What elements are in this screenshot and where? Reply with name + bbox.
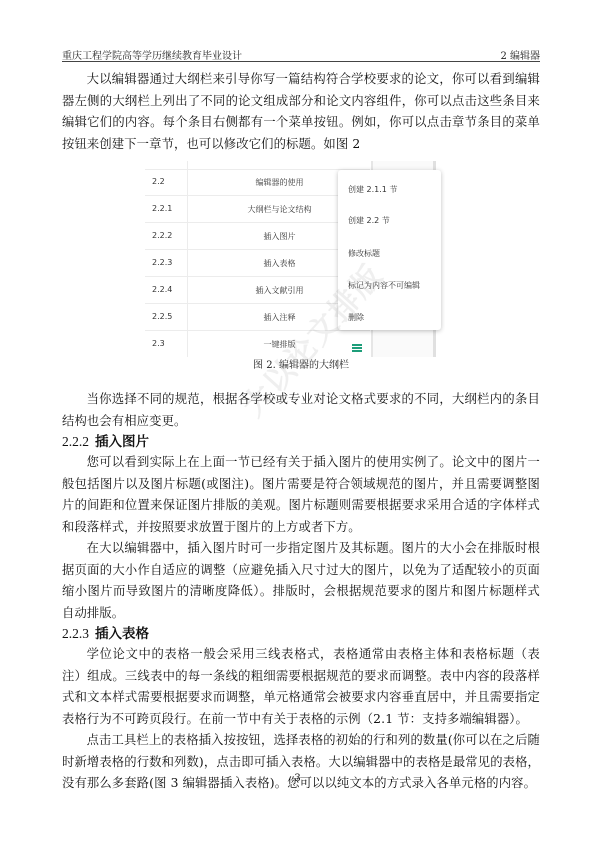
outline-row[interactable]: 2.2.3 插入表格 <box>145 250 370 277</box>
page-header: 重庆工程学院高等学历继续教育毕业设计 2 编辑器 <box>62 45 540 62</box>
outline-row[interactable]: 2.2.5 插入注释 <box>145 304 370 331</box>
page-body: 大以编辑器通过大纲栏来引导你写一篇结构符合学校要求的论文，你可以看到编辑器左侧的… <box>62 69 540 795</box>
outline-row[interactable]: 2.2.4 插入文献引用 <box>145 277 370 304</box>
section-heading-insert-table: 2.2.3插入表格 <box>62 624 540 644</box>
outline-row[interactable]: 2.2.2 插入图片 <box>145 223 370 250</box>
outline-row-number: 2.2.2 <box>152 231 172 240</box>
paragraph-table-intro: 学位论文中的表格一般会采用三线表格式，表格通常由表格主体和表格标题（表注）组成。… <box>62 644 540 730</box>
outline-row-number: 2.2 <box>152 177 165 186</box>
paragraph-image-intro: 您可以看到实际上在上面一节已经有关于插入图片的使用实例了。论文中的图片一般包括图… <box>62 452 540 538</box>
section-number: 2.2.2 <box>62 434 89 449</box>
figure-caption: 图 2. 编辑器的大纲栏 <box>62 359 540 373</box>
context-menu: 创建 2.1.1 节 创建 2.2 节 修改标题 标记为内容不可编辑 删除 <box>338 170 441 330</box>
paragraph-table-insert: 点击工具栏上的表格插入按按钮，选择表格的初始的行和列的数量(你可以在之后随时新增… <box>62 730 540 795</box>
section-heading-insert-image: 2.2.2插入图片 <box>62 432 540 452</box>
header-chapter-title: 2 编辑器 <box>500 47 540 62</box>
menu-item-delete[interactable]: 删除 <box>348 312 364 323</box>
section-title: 插入表格 <box>95 626 149 642</box>
outline-row-number: 2.2.3 <box>152 258 172 267</box>
menu-item-create-section[interactable]: 创建 2.2 节 <box>348 215 390 226</box>
outline-row[interactable]: 2.3 一键排版 <box>145 331 370 357</box>
section-number: 2.2.3 <box>62 626 89 641</box>
outline-row-number: 2.2.4 <box>152 285 172 294</box>
header-school-title: 重庆工程学院高等学历继续教育毕业设计 <box>62 47 242 62</box>
outline-row-number: 2.3 <box>152 339 165 348</box>
figure-outline-panel: 2.2 编辑器的使用 2.2.1 大纲栏与论文结构 2.2.2 插入图片 2.2… <box>145 161 445 357</box>
list-menu-icon[interactable] <box>352 344 362 354</box>
outline-row-title: 一键排版 <box>189 339 370 350</box>
outline-row[interactable]: 2.2 编辑器的使用 <box>145 169 370 196</box>
paragraph-image-insert: 在大以编辑器中，插入图片时可一步指定图片及其标题。图片的大小会在排版时根据页面的… <box>62 538 540 624</box>
paragraph-outline-variation: 当你选择不同的规范，根据各学校或专业对论文格式要求的不同，大纲栏内的条目结构也会… <box>62 389 540 432</box>
menu-item-lock[interactable]: 标记为内容不可编辑 <box>348 280 420 291</box>
menu-item-create-subsection[interactable]: 创建 2.1.1 节 <box>348 184 397 195</box>
outline-row-number: 2.2.5 <box>152 312 172 321</box>
outline-row[interactable]: 2.2.1 大纲栏与论文结构 <box>145 196 370 223</box>
paragraph-outline-intro: 大以编辑器通过大纲栏来引导你写一篇结构符合学校要求的论文，你可以看到编辑器左侧的… <box>62 69 540 155</box>
menu-item-rename[interactable]: 修改标题 <box>348 248 380 259</box>
outline-row-number: 2.2.1 <box>152 204 172 213</box>
section-title: 插入图片 <box>95 434 149 450</box>
page-number: 3 <box>0 773 595 784</box>
